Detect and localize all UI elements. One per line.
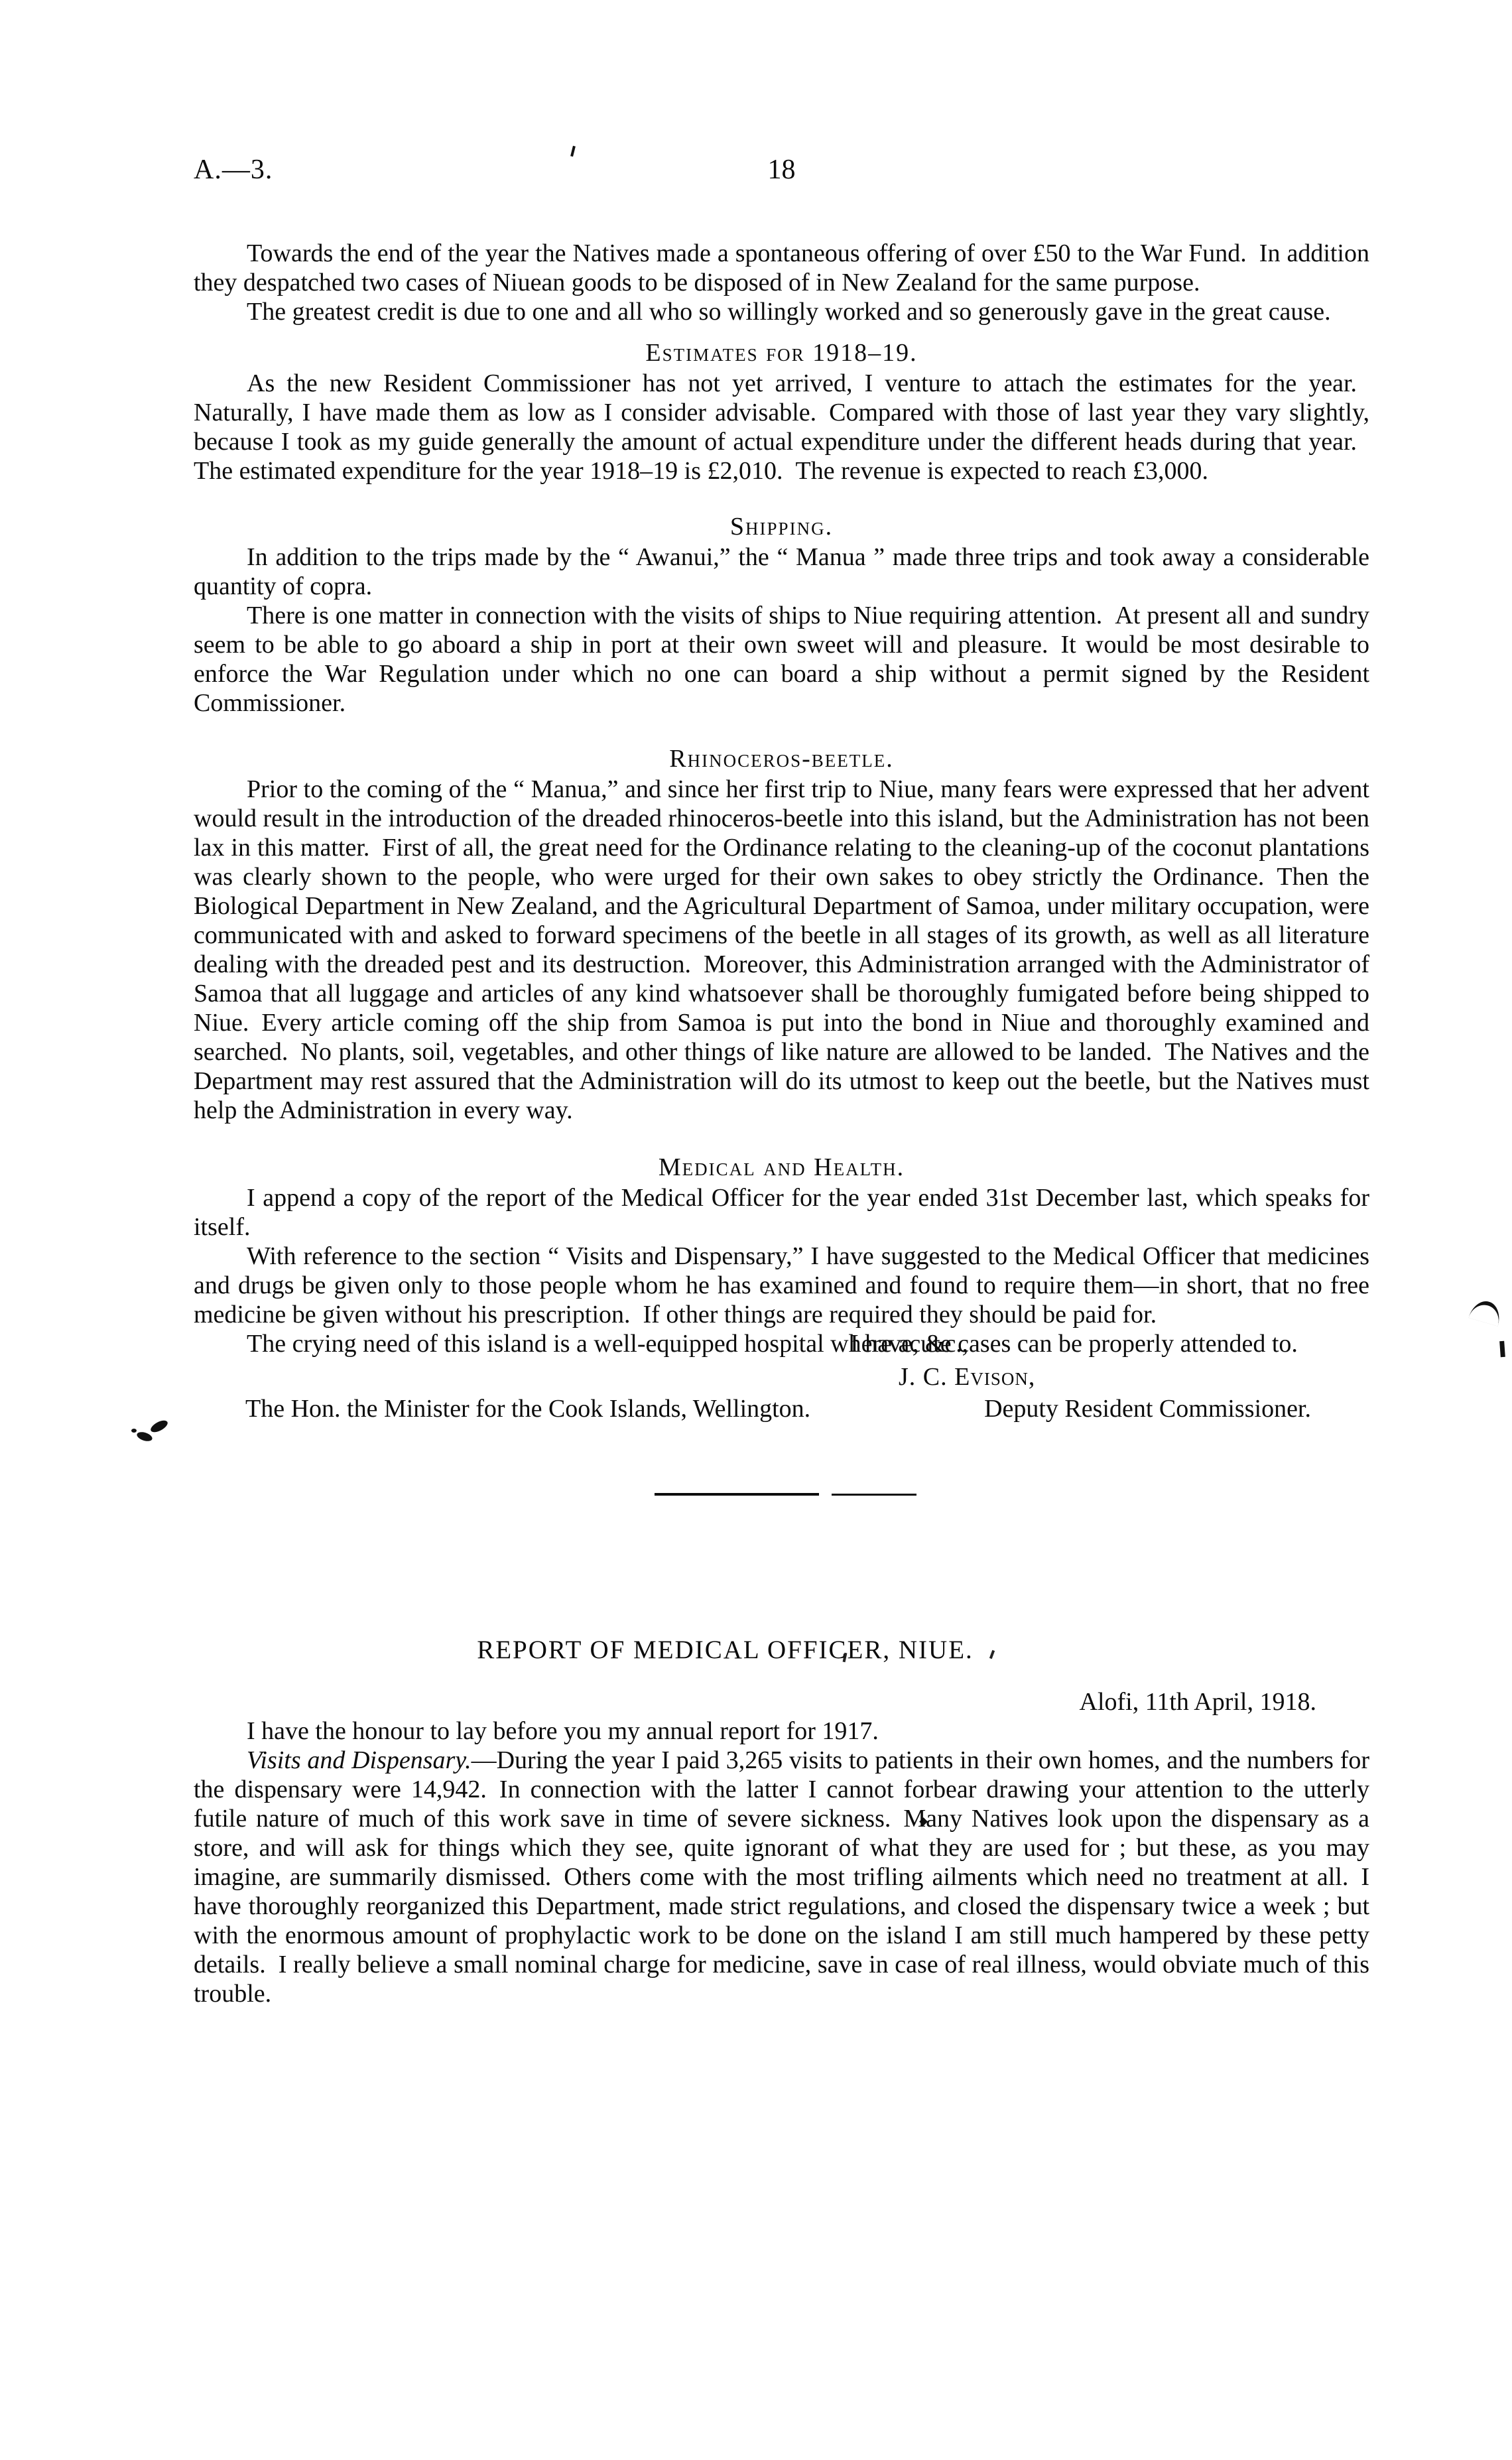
report-paragraph-1: I have the honour to lay before you my a… [194,1716,1369,1746]
divider-rule-segment [832,1494,916,1496]
section-heading-estimates: Estimates for 1918–19. [194,337,1369,369]
page-header: A.—3. 18 [194,154,1369,188]
divider-rule-segment [655,1493,819,1496]
medical-paragraph-3: The crying need of this island is a well… [194,1329,1369,1358]
report-paragraph-2-rest: —During the year I paid 3,265 visits to … [194,1746,1369,2008]
signatory-title: Deputy Resident Commissioner. [984,1394,1311,1423]
margin-pen-curve-mark [1468,1297,1503,1326]
intro-paragraph-2: The greatest credit is due to one and al… [194,297,1369,326]
shipping-paragraph-1: In addition to the trips made by the “ A… [194,543,1369,601]
report-paragraph-2: Visits and Dispensary.—During the year I… [194,1746,1369,2008]
document-page: A.—3. 18 Towards the end of the year the… [0,0,1512,2460]
closing-block: The crying need of this island is a well… [194,1329,1369,1358]
valediction: I have, &c., [850,1329,968,1358]
section-divider-rule [194,1492,1369,1496]
medical-paragraph-1: I append a copy of the report of the Med… [194,1183,1369,1242]
medical-paragraph-2: With reference to the section “ Visits a… [194,1242,1369,1329]
intro-paragraph-1: Towards the end of the year the Natives … [194,239,1369,297]
report-paragraph-2-lead: Visits and Dispensary. [247,1746,472,1774]
section-heading-rhinoceros-beetle: Rhinoceros-beetle. [194,743,1369,775]
section-heading-medical-and-health: Medical and Health. [194,1151,1369,1183]
margin-ink-blot [131,1421,172,1446]
addressee-row: The Hon. the Minister for the Cook Islan… [194,1394,1369,1423]
report-heading: REPORT OF MEDICAL OFFICER, NIUE. [194,1634,1369,1666]
addressee: The Hon. the Minister for the Cook Islan… [245,1394,810,1423]
page-number: 18 [194,154,1369,186]
estimates-paragraph: As the new Resident Commissioner has not… [194,369,1369,486]
section-heading-shipping: Shipping. [194,511,1369,543]
margin-tick-mark [1499,1341,1505,1357]
shipping-paragraph-2: There is one matter in connection with t… [194,601,1369,718]
signature-name: J. C. Evison, [899,1362,1369,1392]
rhinoceros-beetle-paragraph: Prior to the coming of the “ Manua,” and… [194,775,1369,1125]
report-dateline: Alofi, 11th April, 1918. [194,1687,1369,1716]
